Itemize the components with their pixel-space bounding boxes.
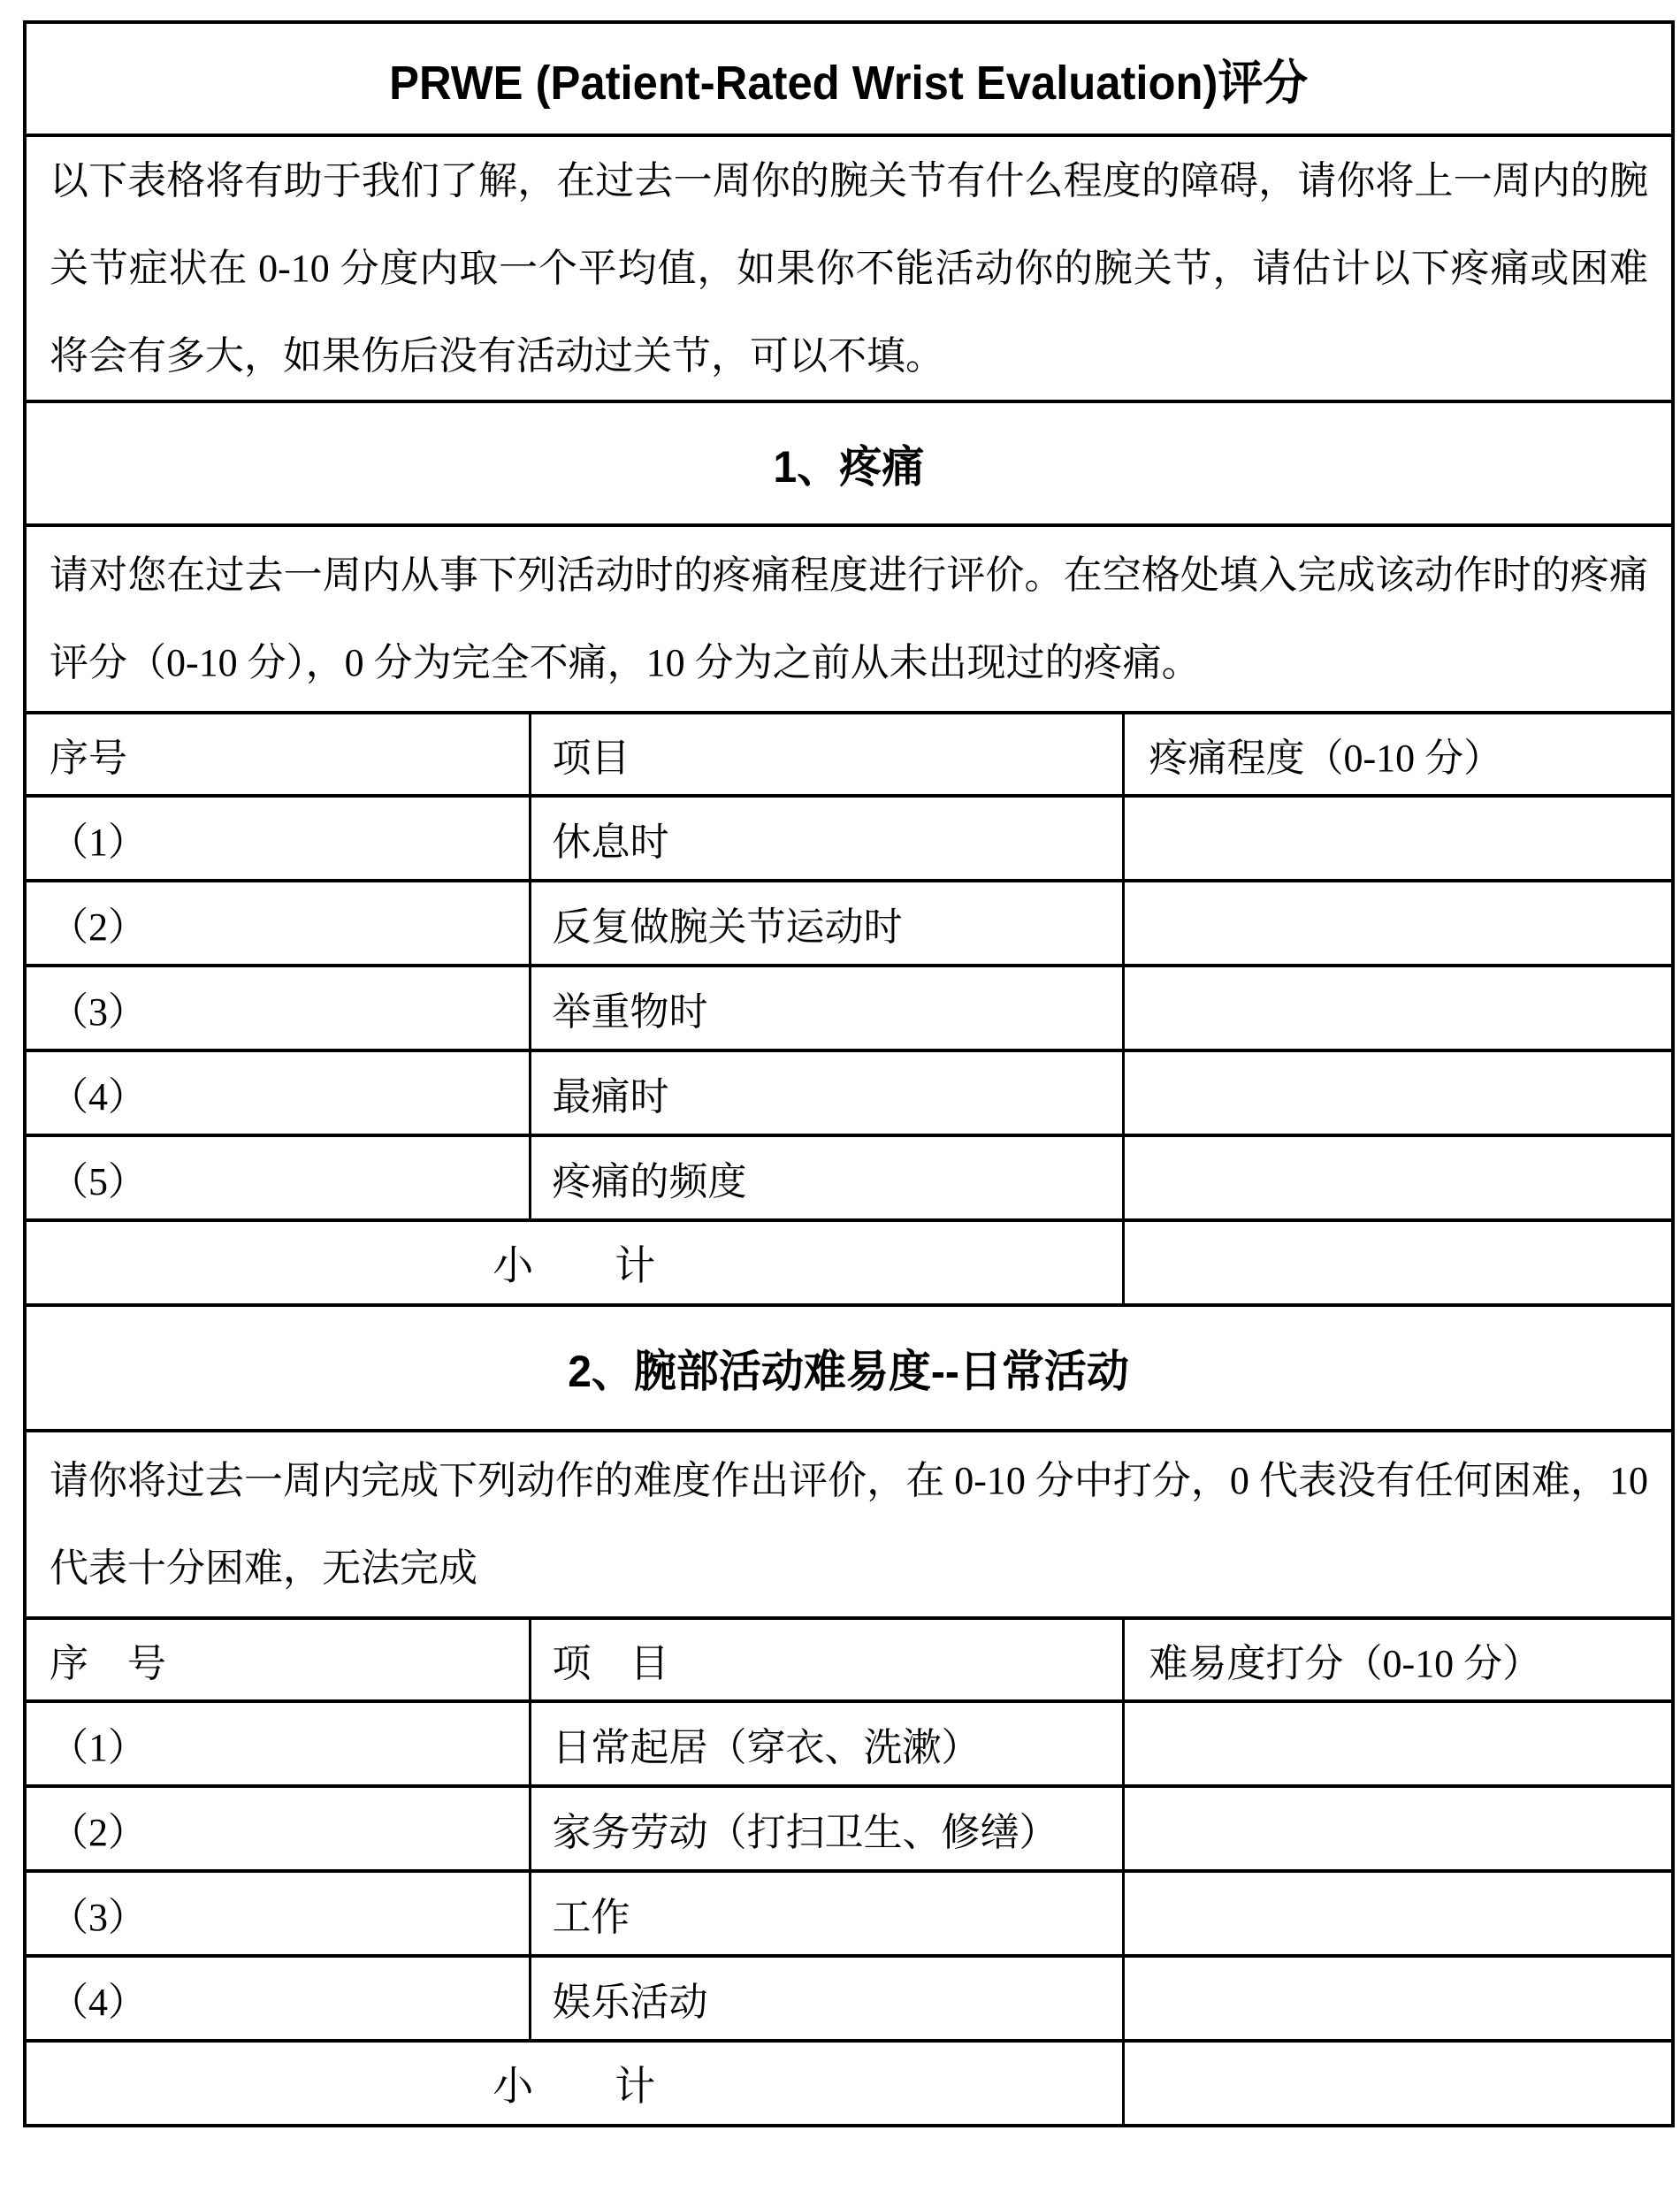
intro-paragraph: 以下表格将有助于我们了解，在过去一周你的腕关节有什么程度的障碍，请你将上一周内的… [25,135,1673,401]
table-row: （1） 休息时 [25,796,1673,881]
subtotal-label: 小 计 [25,1220,1123,1305]
row-number-cell: （1） [25,796,530,881]
section2-heading: 2、腕部活动难易度--日常活动 [569,1336,1130,1400]
row-number-cell: （2） [25,881,530,966]
row-number-cell: （3） [25,1871,530,1956]
section1-description-row: 请对您在过去一周内从事下列活动时的疼痛程度进行评价。在空格处填入完成该动作时的疼… [25,525,1673,713]
column-header-number: 序号 [25,713,530,796]
section1-subtotal-row: 小 计 [25,1220,1673,1305]
section1-heading-row: 1、疼痛 [25,401,1673,525]
intro-row: 以下表格将有助于我们了解，在过去一周你的腕关节有什么程度的障碍，请你将上一周内的… [25,135,1673,401]
document-page: PRWE (Patient-Rated Wrist Evaluation)评分 … [0,0,1680,2207]
column-header-item: 项 目 [530,1618,1123,1701]
score-blank-cell[interactable] [1123,1701,1673,1786]
score-blank-cell[interactable] [1123,1786,1673,1871]
score-blank-cell[interactable] [1123,1956,1673,2041]
table-row: （5） 疼痛的频度 [25,1135,1673,1220]
score-blank-cell[interactable] [1123,1050,1673,1135]
row-item-cell: 疼痛的频度 [530,1135,1123,1220]
subtotal-blank-cell[interactable] [1123,1220,1673,1305]
section1-header-row: 序号 项目 疼痛程度（0-10 分） [25,713,1673,796]
table-row: （4） 最痛时 [25,1050,1673,1135]
section1-heading: 1、疼痛 [774,431,925,495]
score-blank-cell[interactable] [1123,966,1673,1050]
table-row: （3） 工作 [25,1871,1673,1956]
column-header-item: 项目 [530,713,1123,796]
row-number-cell: （4） [25,1050,530,1135]
row-item-cell: 娱乐活动 [530,1956,1123,2041]
column-header-difficulty-score: 难易度打分（0-10 分） [1123,1618,1673,1701]
column-header-number: 序 号 [25,1618,530,1701]
section2-header-row: 序 号 项 目 难易度打分（0-10 分） [25,1618,1673,1701]
score-blank-cell[interactable] [1123,1871,1673,1956]
column-header-pain-score: 疼痛程度（0-10 分） [1123,713,1673,796]
row-number-cell: （2） [25,1786,530,1871]
table-row: （3） 举重物时 [25,966,1673,1050]
score-blank-cell[interactable] [1123,881,1673,966]
row-item-cell: 举重物时 [530,966,1123,1050]
table-row: （4） 娱乐活动 [25,1956,1673,2041]
row-item-cell: 最痛时 [530,1050,1123,1135]
row-item-cell: 家务劳动（打扫卫生、修缮） [530,1786,1123,1871]
row-number-cell: （5） [25,1135,530,1220]
score-blank-cell[interactable] [1123,796,1673,881]
title-row: PRWE (Patient-Rated Wrist Evaluation)评分 [25,22,1673,135]
section2-heading-cell: 2、腕部活动难易度--日常活动 [25,1305,1673,1431]
subtotal-blank-cell[interactable] [1123,2041,1673,2126]
score-blank-cell[interactable] [1123,1135,1673,1220]
section2-heading-row: 2、腕部活动难易度--日常活动 [25,1305,1673,1431]
row-number-cell: （3） [25,966,530,1050]
row-item-cell: 休息时 [530,796,1123,881]
document-title-cell: PRWE (Patient-Rated Wrist Evaluation)评分 [25,22,1673,135]
row-number-cell: （4） [25,1956,530,2041]
section2-subtotal-row: 小 计 [25,2041,1673,2126]
subtotal-label: 小 计 [25,2041,1123,2126]
section2-description: 请你将过去一周内完成下列动作的难度作出评价，在 0-10 分中打分，0 代表没有… [25,1431,1673,1618]
section2-description-row: 请你将过去一周内完成下列动作的难度作出评价，在 0-10 分中打分，0 代表没有… [25,1431,1673,1618]
row-item-cell: 反复做腕关节运动时 [530,881,1123,966]
prwe-form-table: PRWE (Patient-Rated Wrist Evaluation)评分 … [23,20,1675,2127]
row-item-cell: 工作 [530,1871,1123,1956]
section1-heading-cell: 1、疼痛 [25,401,1673,525]
table-row: （1） 日常起居（穿衣、洗漱） [25,1701,1673,1786]
row-item-cell: 日常起居（穿衣、洗漱） [530,1701,1123,1786]
document-title: PRWE (Patient-Rated Wrist Evaluation)评分 [390,45,1309,113]
section1-description: 请对您在过去一周内从事下列活动时的疼痛程度进行评价。在空格处填入完成该动作时的疼… [25,525,1673,713]
table-row: （2） 反复做腕关节运动时 [25,881,1673,966]
row-number-cell: （1） [25,1701,530,1786]
table-row: （2） 家务劳动（打扫卫生、修缮） [25,1786,1673,1871]
